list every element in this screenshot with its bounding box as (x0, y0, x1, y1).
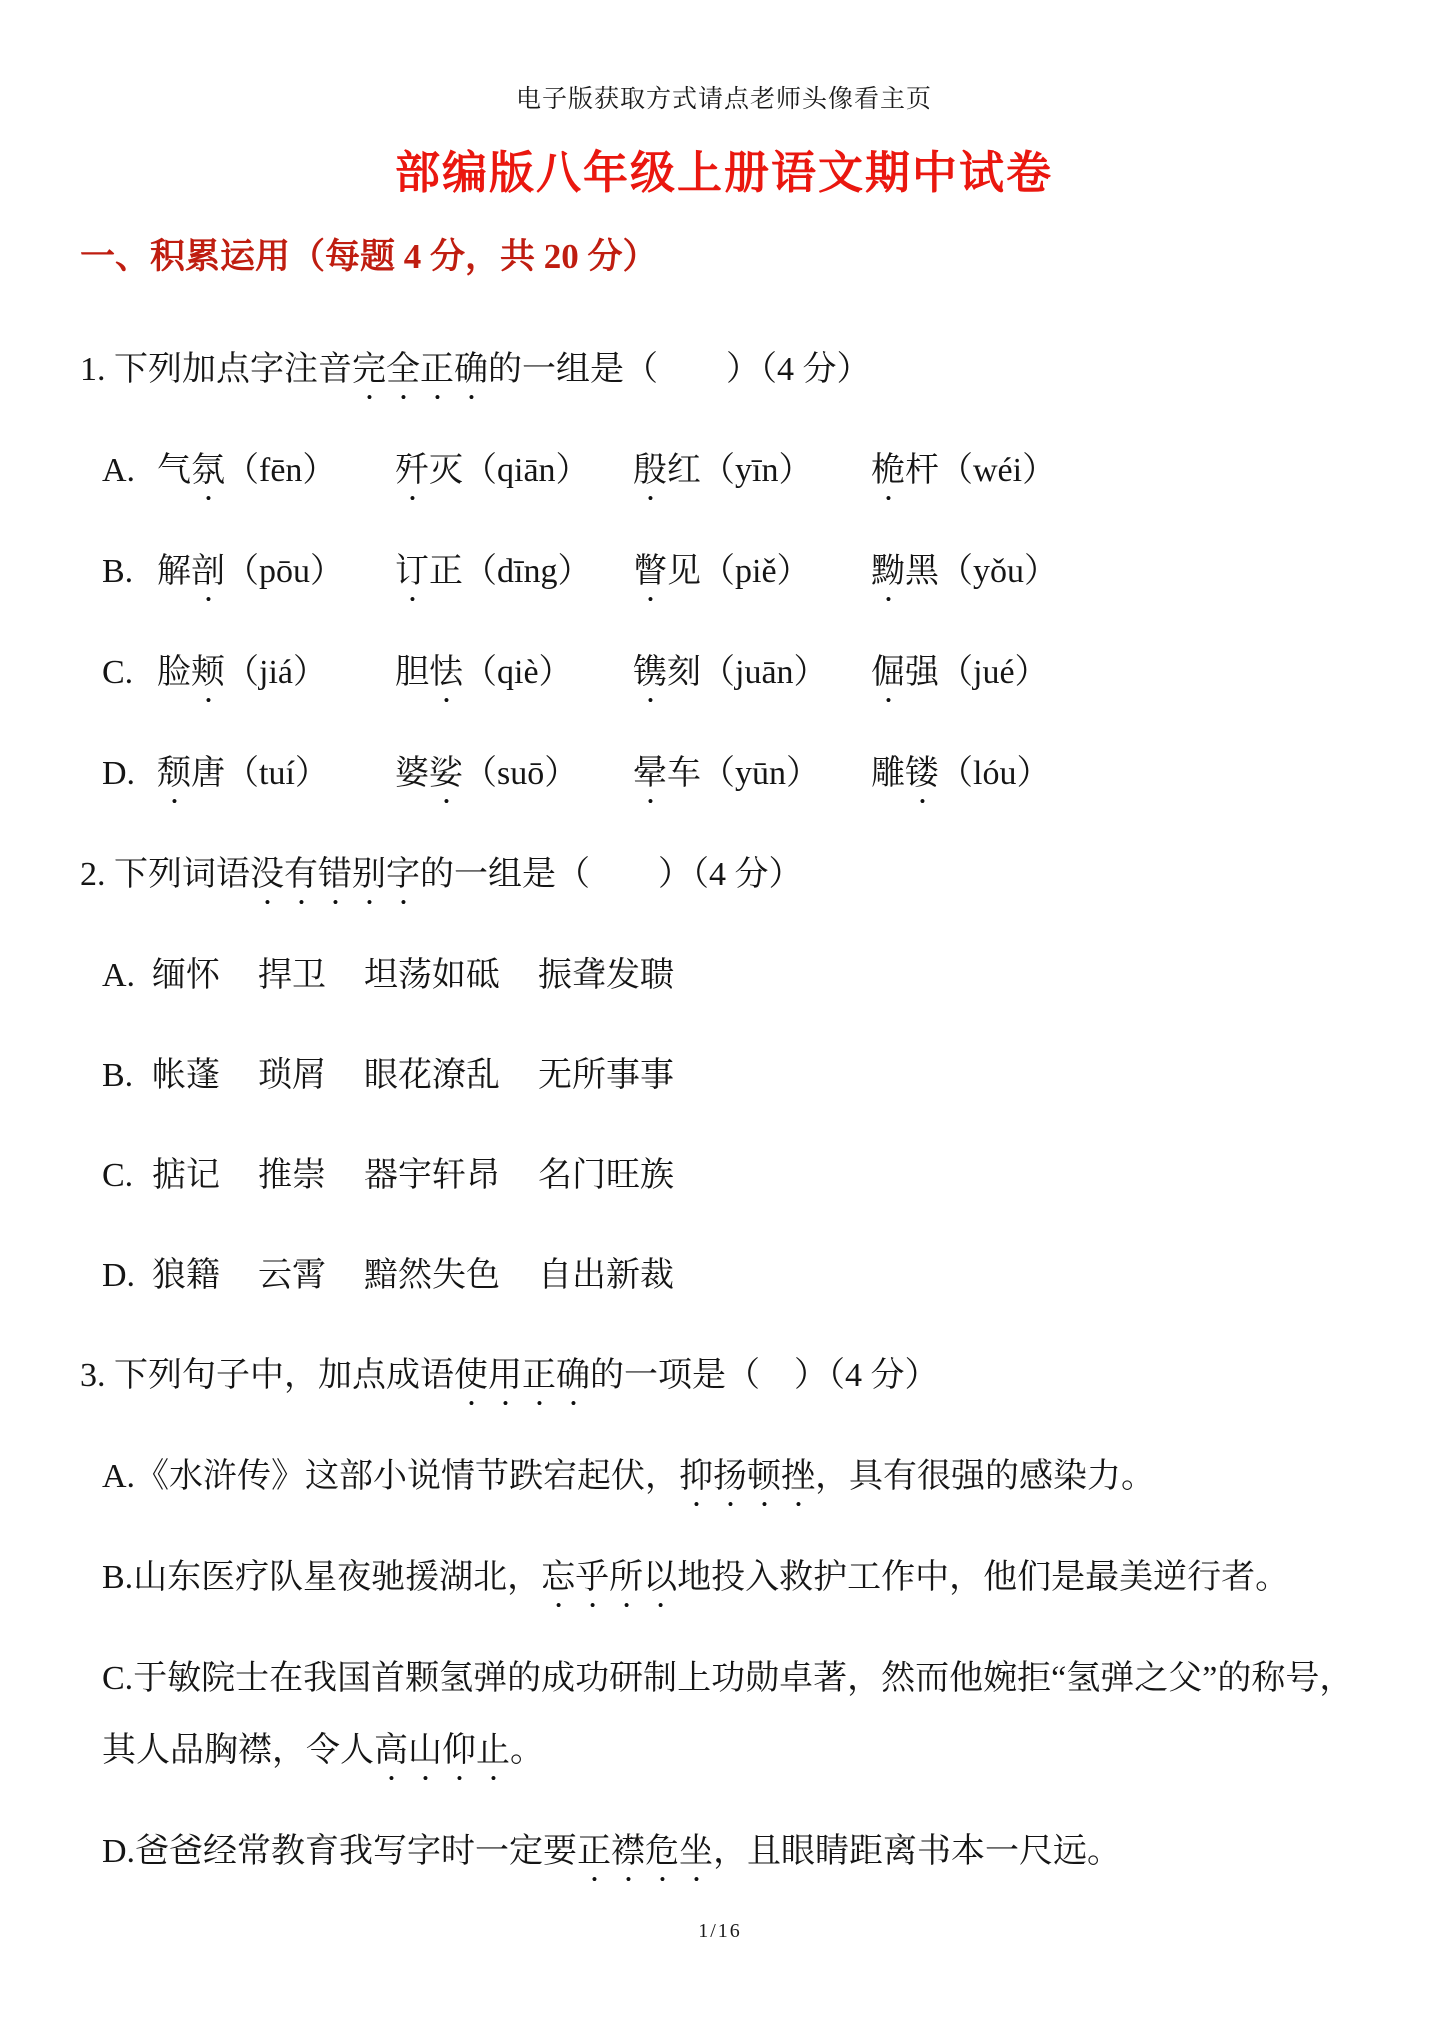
text-run: 。 (510, 1732, 544, 1769)
option-row: D.狼籍云霄黯然失色自出新裁 (80, 1240, 1368, 1312)
text-run: 《水浒传》这部小说情节跌宕起伏， (135, 1458, 679, 1495)
word-group: 桅杆（wéi） (871, 435, 1056, 508)
text-run: 的一项是（ ）（4 分） (590, 1357, 939, 1394)
text-run: 眼花潦乱 (364, 1057, 500, 1094)
top-note: 电子版获取方式请点老师头像看主页 (80, 0, 1368, 118)
text-run: 雕 (871, 755, 905, 792)
text-run: 掂记 (152, 1157, 220, 1194)
questions-container: 1. 下列加点字注音完全正确的一组是（ ）（4 分）A.气氛（fēn）歼灭（qi… (80, 334, 1368, 1889)
document-page: 电子版获取方式请点老师头像看主页 部编版八年级上册语文期中试卷 一、积累运用（每… (0, 0, 1440, 2037)
option-label: D. (102, 738, 157, 810)
word-group: 颓唐（tuí） (157, 738, 395, 811)
text-run: 缅怀 (152, 957, 220, 994)
word-group: 解剖（pōu） (157, 536, 395, 609)
text-run: （tuí） (225, 755, 329, 792)
text-run: （yūn） (701, 755, 820, 792)
option-label: B. (102, 1040, 152, 1112)
word-group: 订正（dīng） (395, 536, 633, 609)
text-run: 云霄 (258, 1257, 326, 1294)
text-run: 狼籍 (152, 1257, 220, 1294)
option-label: B. (102, 1559, 133, 1596)
text-run: （jué） (939, 654, 1049, 691)
option-label: D. (102, 1240, 152, 1312)
emphasized-text: 正襟危坐 (577, 1833, 713, 1870)
text-run: ，具有很强的感染力。 (815, 1458, 1155, 1495)
emphasized-text: 瞥 (633, 553, 667, 590)
word-group: 黯然失色 (364, 1257, 500, 1294)
emphasized-text: 完全正确 (352, 351, 488, 388)
emphasized-text: 高山仰止 (374, 1732, 510, 1769)
question-stem: 1. 下列加点字注音完全正确的一组是（ ）（4 分） (80, 334, 1368, 407)
text-run: （dīng） (463, 553, 591, 590)
text-run: （piě） (701, 553, 811, 590)
word-group: 雕镂（lóu） (871, 738, 1050, 811)
emphasized-text: 颓 (157, 755, 191, 792)
word-group: 自出新裁 (538, 1257, 674, 1294)
option-label: C. (102, 1140, 152, 1212)
question-stem: 2. 下列词语没有错别字的一组是（ ）（4 分） (80, 839, 1368, 912)
text-run: 唐 (191, 755, 225, 792)
option-row: C.掂记推崇器宇轩昂名门旺族 (80, 1140, 1368, 1212)
text-run: （qiān） (463, 452, 590, 489)
text-run: 杆 (905, 452, 939, 489)
option-label: C. (102, 637, 157, 709)
text-run: （juān） (701, 654, 828, 691)
word-group: 捍卫 (258, 957, 326, 994)
emphasized-text: 镌 (633, 654, 667, 691)
text-run: 灭 (429, 452, 463, 489)
text-run: 自出新裁 (538, 1257, 674, 1294)
word-group: 缅怀 (152, 957, 220, 994)
text-run: 刻 (667, 654, 701, 691)
emphasized-text: 没有错别字 (250, 856, 420, 893)
word-group: 殷红（yīn） (633, 435, 871, 508)
emphasized-text: 订 (395, 553, 429, 590)
text-run: 的一组是（ ）（4 分） (420, 856, 803, 893)
option-label: A. (102, 435, 157, 507)
question-stem: 3. 下列句子中，加点成语使用正确的一项是（ ）（4 分） (80, 1340, 1368, 1413)
text-run: 帐蓬 (152, 1057, 220, 1094)
word-group: 气氛（fēn） (157, 435, 395, 508)
option-row: A.《水浒传》这部小说情节跌宕起伏，抑扬顿挫，具有很强的感染力。 (80, 1441, 1368, 1514)
emphasized-text: 忘乎所以 (541, 1559, 677, 1596)
text-run: 婆 (395, 755, 429, 792)
emphasized-text: 歼 (395, 452, 429, 489)
text-run: 捍卫 (258, 957, 326, 994)
text-run: 黯然失色 (364, 1257, 500, 1294)
option-row: D.爸爸经常教育我写字时一定要正襟危坐，且眼睛距离书本一尺远。 (80, 1816, 1368, 1889)
word-group: 镌刻（juān） (633, 637, 871, 710)
text-run: 见 (667, 553, 701, 590)
page-number: 1/16 (0, 1917, 1440, 1945)
text-run: 无所事事 (538, 1057, 674, 1094)
text-run: ，且眼睛距离书本一尺远。 (713, 1833, 1121, 1870)
option-label: B. (102, 536, 157, 608)
word-group: 瞥见（piě） (633, 536, 871, 609)
emphasized-text: 晕 (633, 755, 667, 792)
text-run: 名门旺族 (538, 1157, 674, 1194)
text-run: 红 (667, 452, 701, 489)
text-run: 琐屑 (258, 1057, 326, 1094)
text-run: 于敏院士在我国首颗氢弹的成功研制上功勋卓著，然而他婉拒“氢弹之父”的称号，其人品… (102, 1660, 1353, 1769)
text-run: 胆 (395, 654, 429, 691)
text-run: 正 (429, 553, 463, 590)
option-row: D.颓唐（tuí）婆娑（suō）晕车（yūn）雕镂（lóu） (80, 738, 1368, 811)
emphasized-text: 怯 (429, 654, 463, 691)
word-group: 坦荡如砥 (364, 957, 500, 994)
text-run: （yǒu） (939, 553, 1058, 590)
text-run: （fēn） (225, 452, 336, 489)
text-run: （jiá） (225, 654, 327, 691)
word-group: 倔强（jué） (871, 637, 1049, 710)
text-run: 车 (667, 755, 701, 792)
text-run: 爸爸经常教育我写字时一定要 (135, 1833, 577, 1870)
word-group: 脸颊（jiá） (157, 637, 395, 710)
option-row: C.脸颊（jiá）胆怯（qiè）镌刻（juān）倔强（jué） (80, 637, 1368, 710)
emphasized-text: 镂 (905, 755, 939, 792)
option-label: A. (102, 1458, 135, 1495)
text-run: 的一组是（ ）（4 分） (488, 351, 871, 388)
word-group: 帐蓬 (152, 1057, 220, 1094)
emphasized-text: 使用正确 (454, 1357, 590, 1394)
emphasized-text: 倔 (871, 654, 905, 691)
word-group: 器宇轩昂 (364, 1157, 500, 1194)
text-run: 山东医疗队星夜驰援湖北， (133, 1559, 541, 1596)
option-row: B.解剖（pōu）订正（dīng）瞥见（piě）黝黑（yǒu） (80, 536, 1368, 609)
text-run: 1. 下列加点字注音 (80, 351, 352, 388)
option-label: A. (102, 940, 152, 1012)
text-run: 推崇 (258, 1157, 326, 1194)
emphasized-text: 娑 (429, 755, 463, 792)
text-run: （lóu） (939, 755, 1050, 792)
emphasized-text: 颊 (191, 654, 225, 691)
text-run: 器宇轩昂 (364, 1157, 500, 1194)
option-row: B.帐蓬琐屑眼花潦乱无所事事 (80, 1040, 1368, 1112)
text-run: （qiè） (463, 654, 573, 691)
word-group: 名门旺族 (538, 1157, 674, 1194)
option-row: B.山东医疗队星夜驰援湖北，忘乎所以地投入救护工作中，他们是最美逆行者。 (80, 1542, 1368, 1615)
emphasized-text: 氛 (191, 452, 225, 489)
text-run: 地投入救护工作中，他们是最美逆行者。 (677, 1559, 1289, 1596)
text-run: 强 (905, 654, 939, 691)
text-run: （pōu） (225, 553, 344, 590)
option-row: A.气氛（fēn）歼灭（qiān）殷红（yīn）桅杆（wéi） (80, 435, 1368, 508)
option-row: A.缅怀捍卫坦荡如砥振聋发聩 (80, 940, 1368, 1012)
word-group: 无所事事 (538, 1057, 674, 1094)
text-run: 黑 (905, 553, 939, 590)
word-group: 掂记 (152, 1157, 220, 1194)
emphasized-text: 剖 (191, 553, 225, 590)
emphasized-text: 黝 (871, 553, 905, 590)
text-run: （yīn） (701, 452, 812, 489)
word-group: 歼灭（qiān） (395, 435, 633, 508)
word-group: 云霄 (258, 1257, 326, 1294)
word-group: 狼籍 (152, 1257, 220, 1294)
emphasized-text: 抑扬顿挫 (679, 1458, 815, 1495)
word-group: 振聋发聩 (538, 957, 674, 994)
text-run: 坦荡如砥 (364, 957, 500, 994)
page-title: 部编版八年级上册语文期中试卷 (80, 142, 1368, 204)
option-label: C. (102, 1660, 133, 1697)
word-group: 婆娑（suō） (395, 738, 633, 811)
word-group: 黝黑（yǒu） (871, 536, 1058, 609)
word-group: 胆怯（qiè） (395, 637, 633, 710)
section-heading: 一、积累运用（每题 4 分，共 20 分） (80, 232, 1368, 282)
word-group: 琐屑 (258, 1057, 326, 1094)
option-label: D. (102, 1833, 135, 1870)
text-run: 脸 (157, 654, 191, 691)
text-run: 3. 下列句子中，加点成语 (80, 1357, 454, 1394)
emphasized-text: 殷 (633, 452, 667, 489)
text-run: 2. 下列词语 (80, 856, 250, 893)
word-group: 晕车（yūn） (633, 738, 871, 811)
emphasized-text: 桅 (871, 452, 905, 489)
text-run: 气 (157, 452, 191, 489)
text-run: （wéi） (939, 452, 1056, 489)
word-group: 推崇 (258, 1157, 326, 1194)
text-run: （suō） (463, 755, 578, 792)
text-run: 振聋发聩 (538, 957, 674, 994)
word-group: 眼花潦乱 (364, 1057, 500, 1094)
text-run: 解 (157, 553, 191, 590)
option-row: C.于敏院士在我国首颗氢弹的成功研制上功勋卓著，然而他婉拒“氢弹之父”的称号，其… (80, 1643, 1368, 1788)
